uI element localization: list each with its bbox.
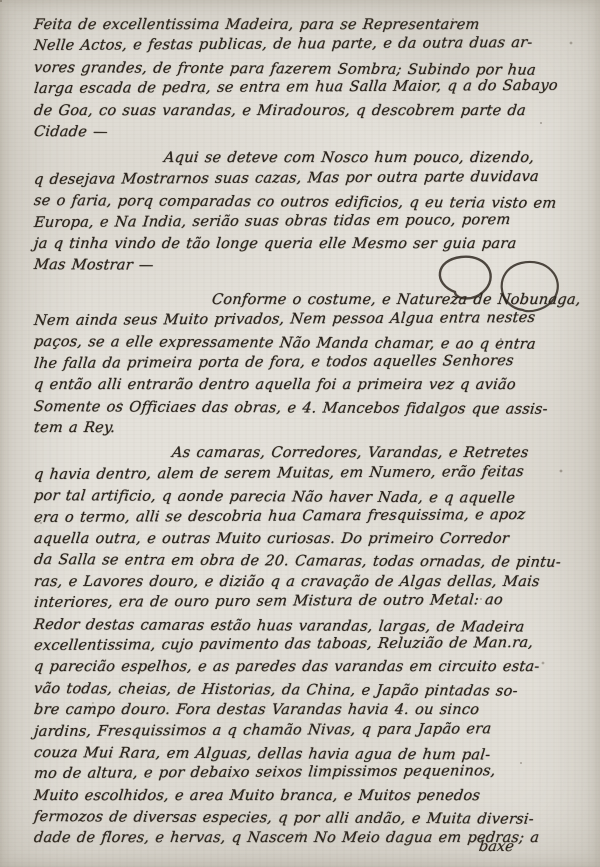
manuscript-line: larga escada de pedra, se entra em hua S…	[33, 75, 577, 100]
manuscript-line: interiores, era de ouro puro sem Mistura…	[33, 589, 577, 614]
manuscript-line: Cidade —	[33, 121, 577, 145]
manuscript-paragraph: Feita de excellentissima Madeira, para s…	[34, 14, 576, 142]
catchword: baxe	[478, 838, 515, 855]
manuscript-line: Mas Mostrar —	[33, 254, 577, 278]
manuscript-paragraph: Conforme o costume, e Natureza de Nobuna…	[34, 289, 576, 439]
manuscript-line: aquella outra, e outras Muito curiosas. …	[33, 528, 577, 549]
manuscript-line: da Salla se entra em obra de 20. Camaras…	[33, 549, 577, 573]
manuscript-line: q então alli entrarão dentro aquella foi…	[33, 374, 577, 395]
manuscript-line: jardins, Fresquissimos a q chamão Nivas,…	[33, 717, 577, 742]
manuscript-line: mo de altura, e por debaixo seixos limpi…	[33, 760, 577, 785]
manuscript-line: lhe falla da primeira porta de fora, e t…	[33, 350, 577, 375]
manuscript-line: ja q tinha vindo de tão longe queria ell…	[33, 233, 577, 254]
manuscript-paragraph: As camaras, Corredores, Varandas, e Retr…	[34, 442, 576, 848]
manuscript-text: Feita de excellentissima Madeira, para s…	[34, 14, 576, 849]
manuscript-line: Europa, e Na India, serião suas obras ti…	[33, 208, 577, 233]
manuscript-line: Muito escolhidos, e area Muito branca, e…	[33, 785, 577, 806]
manuscript-line: de Goa, co suas varandas, e Miradouros, …	[33, 100, 577, 121]
manuscript-line: q parecião espelhos, e as paredes das va…	[33, 656, 577, 677]
manuscript-paragraph: Aqui se deteve com Nosco hum pouco, dize…	[34, 147, 576, 275]
manuscript-line: Nem ainda seus Muito privados, Nem pesso…	[33, 307, 577, 332]
manuscript-line: era o termo, alli se descobria hua Camar…	[33, 503, 577, 528]
manuscript-line: excellentissima, cujo pavimento das tabo…	[33, 632, 577, 657]
manuscript-line: q desejava Mostrarnos suas cazas, Mas po…	[33, 165, 577, 190]
manuscript-line: Nelle Actos, e festas publicas, de hua p…	[33, 32, 577, 57]
manuscript-line: q havia dentro, alem de serem Muitas, em…	[33, 461, 577, 486]
manuscript-line: tem a Rey.	[33, 417, 577, 438]
manuscript-page: Feita de excellentissima Madeira, para s…	[0, 0, 600, 867]
